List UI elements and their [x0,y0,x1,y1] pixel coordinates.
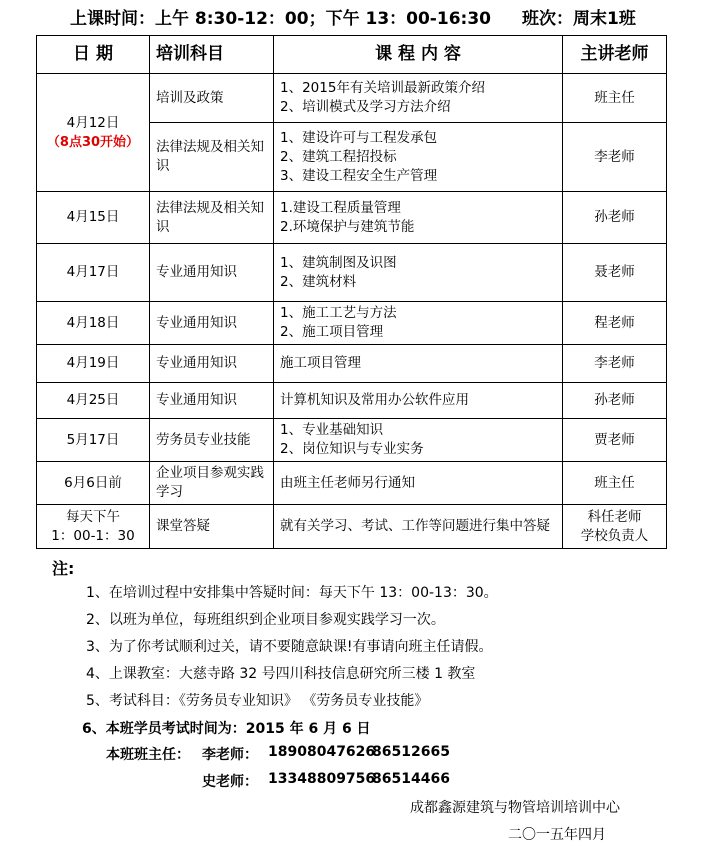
content-line: 2、建筑工程招投标 [280,148,556,167]
notes-heading: 注: [52,556,74,579]
content-line: 1.建设工程质量管理 [280,199,556,218]
teacher-cell: 孙老师 [563,192,667,244]
date-text: 每天下午 [43,508,143,527]
teacher-text: 学校负责人 [569,527,660,546]
content-line: 2.环境保护与建筑节能 [280,218,556,237]
subject-cell: 劳务员专业技能 [150,419,274,462]
subject-cell: 法律法规及相关知识 [150,192,274,244]
contact-name: 李老师： [202,744,258,764]
note-item: 4、上课教室：大慈寺路 32 号四川科技信息研究所三楼 1 教室 [86,663,475,683]
note-item-exam-date: 6、本班学员考试时间为：2015 年 6 月 6 日 [82,718,371,738]
subject-cell: 专业通用知识 [150,383,274,419]
table-row: 4月15日 法律法规及相关知识 1.建设工程质量管理 2.环境保护与建筑节能 孙… [37,192,667,244]
table-row: 4月19日 专业通用知识 施工项目管理 李老师 [37,345,667,383]
col-teacher: 主讲老师 [563,36,667,74]
content-line: 1、专业基础知识 [280,421,556,440]
content-cell: 1.建设工程质量管理 2.环境保护与建筑节能 [274,192,563,244]
document-date: 二〇一五年四月 [508,824,606,844]
schedule-time: 上课时间：上午 8:30-12：00；下午 13：00-16:30 [70,4,491,29]
table-row: 4月25日 专业通用知识 计算机知识及常用办公软件应用 孙老师 [37,383,667,419]
teacher-cell: 李老师 [563,345,667,383]
class-label: 班次：周末1班 [522,4,636,29]
contact-phone: 18908047626 [268,744,375,760]
col-subject: 培训科目 [150,36,274,74]
subject-cell: 专业通用知识 [150,302,274,345]
note-item: 2、以班为单位，每班组织到企业项目参观实践学习一次。 [86,609,445,629]
content-line: 1、施工工艺与方法 [280,304,556,323]
date-cell: 4月12日 （8点30开始） [37,74,150,192]
date-cell: 4月15日 [37,192,150,244]
col-content: 课 程 内 容 [274,36,563,74]
note-item: 5、考试科目：《劳务员专业知识》 《劳务员专业技能》 [86,690,428,710]
col-date: 日 期 [37,36,150,74]
teacher-cell: 孙老师 [563,383,667,419]
teacher-cell: 程老师 [563,302,667,345]
content-line: 1、建筑制图及识图 [280,254,556,273]
subject-cell: 企业项目参观实践学习 [150,462,274,505]
subject-cell: 培训及政策 [150,74,274,123]
teacher-cell: 班主任 [563,462,667,505]
table-row: 每天下午 1：00-1：30 课堂答疑 就有关学习、考试、工作等问题进行集中答疑… [37,505,667,549]
contact-phone: 13348809756 [268,771,375,787]
contact-tel: 86514466 [372,771,450,787]
note-item: 3、为了你考试顺利过关，请不要随意缺课!有事请向班主任请假。 [86,636,493,656]
content-cell: 由班主任老师另行通知 [274,462,563,505]
teacher-cell: 科任老师 学校负责人 [563,505,667,549]
content-cell: 计算机知识及常用办公软件应用 [274,383,563,419]
content-cell: 施工项目管理 [274,345,563,383]
content-line: 2、施工项目管理 [280,323,556,342]
content-cell: 1、施工工艺与方法 2、施工项目管理 [274,302,563,345]
table-row: 5月17日 劳务员专业技能 1、专业基础知识 2、岗位知识与专业实务 贾老师 [37,419,667,462]
contact-name: 史老师： [202,771,258,791]
content-line: 1、2015年有关培训最新政策介绍 [280,79,556,98]
content-cell: 1、建筑制图及识图 2、建筑材料 [274,244,563,302]
note-item: 1、在培训过程中安排集中答疑时间：每天下午 13：00-13：30。 [86,582,498,602]
subject-cell: 法律法规及相关知识 [150,123,274,192]
table-header-row: 日 期 培训科目 课 程 内 容 主讲老师 [37,36,667,74]
date-text: 4月12日 [43,114,143,133]
content-cell: 就有关学习、考试、工作等问题进行集中答疑 [274,505,563,549]
table-row: 4月17日 专业通用知识 1、建筑制图及识图 2、建筑材料 聂老师 [37,244,667,302]
contact-label: 本班班主任： [106,744,190,764]
content-cell: 1、建设许可与工程发承包 2、建筑工程招投标 3、建设工程安全生产管理 [274,123,563,192]
subject-cell: 专业通用知识 [150,244,274,302]
subject-cell: 课堂答疑 [150,505,274,549]
date-cell: 4月25日 [37,383,150,419]
contact-tel: 86512665 [372,744,450,760]
date-cell: 每天下午 1：00-1：30 [37,505,150,549]
table-row: 4月12日 （8点30开始） 培训及政策 1、2015年有关培训最新政策介绍 2… [37,74,667,123]
teacher-text: 科任老师 [569,508,660,527]
content-cell: 1、专业基础知识 2、岗位知识与专业实务 [274,419,563,462]
teacher-cell: 班主任 [563,74,667,123]
date-cell: 4月19日 [37,345,150,383]
date-note: （8点30开始） [43,133,143,152]
date-time: 1：00-1：30 [43,527,143,546]
content-line: 2、建筑材料 [280,273,556,292]
table-row: 6月6日前 企业项目参观实践学习 由班主任老师另行通知 班主任 [37,462,667,505]
date-cell: 4月17日 [37,244,150,302]
organization-name: 成都鑫源建筑与物管培训培训中心 [410,797,620,817]
content-line: 2、岗位知识与专业实务 [280,440,556,459]
date-cell: 6月6日前 [37,462,150,505]
date-cell: 5月17日 [37,419,150,462]
date-cell: 4月18日 [37,302,150,345]
content-cell: 1、2015年有关培训最新政策介绍 2、培训模式及学习方法介绍 [274,74,563,123]
teacher-cell: 聂老师 [563,244,667,302]
subject-cell: 专业通用知识 [150,345,274,383]
teacher-cell: 贾老师 [563,419,667,462]
teacher-cell: 李老师 [563,123,667,192]
content-line: 3、建设工程安全生产管理 [280,167,556,186]
table-row: 4月18日 专业通用知识 1、施工工艺与方法 2、施工项目管理 程老师 [37,302,667,345]
schedule-table: 日 期 培训科目 课 程 内 容 主讲老师 4月12日 （8点30开始） 培训及… [36,35,667,549]
content-line: 1、建设许可与工程发承包 [280,129,556,148]
content-line: 2、培训模式及学习方法介绍 [280,98,556,117]
